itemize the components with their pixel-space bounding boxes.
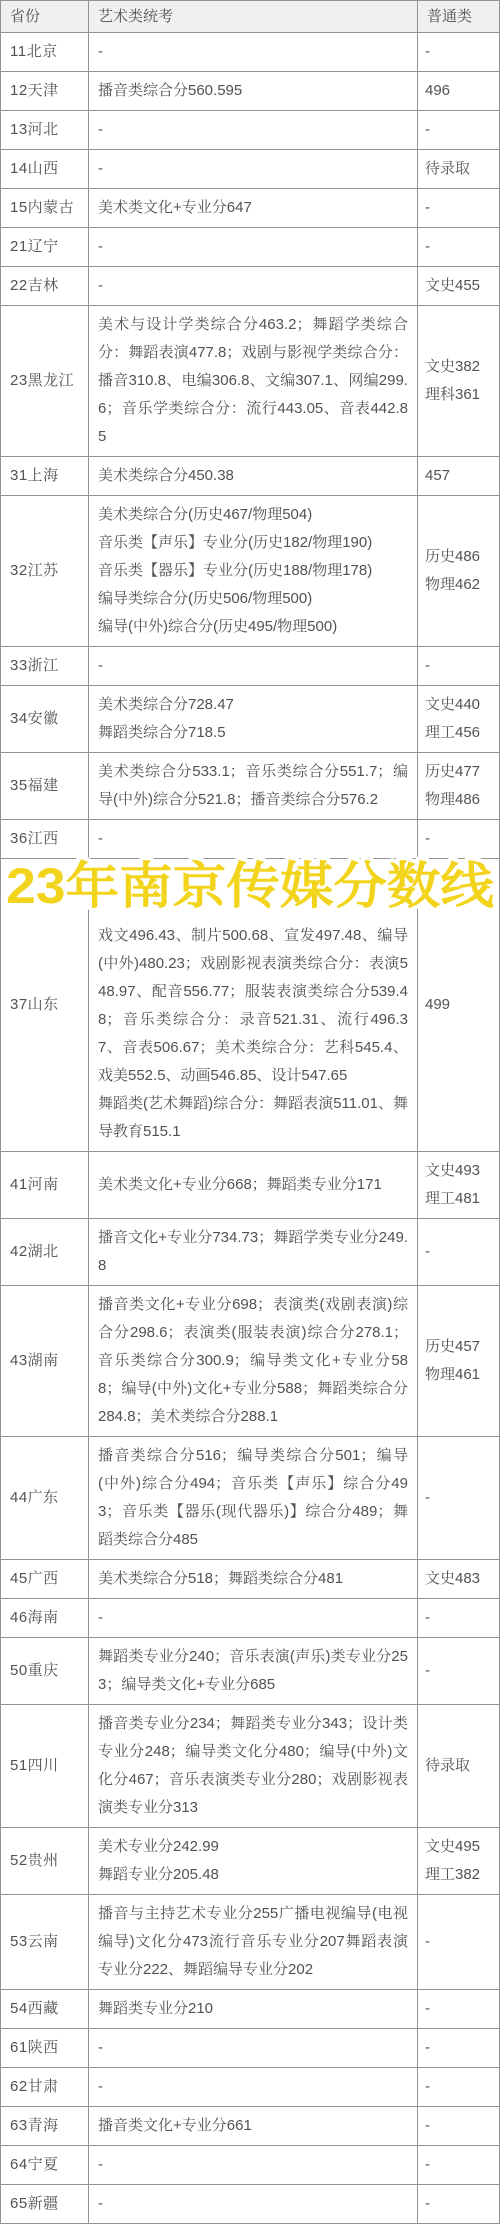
art-scores-cell: - — [89, 820, 418, 859]
art-scores-cell: 美术类综合分450.38 — [89, 457, 418, 496]
general-score-cell: 文史455 — [418, 267, 500, 306]
general-score-cell: 历史477物理486 — [418, 753, 500, 820]
general-score-cell: 文史382理科361 — [418, 306, 500, 457]
general-score-line: - — [425, 1238, 492, 1266]
table-row: 23黑龙江美术与设计学类综合分463.2；舞蹈学类综合分：舞蹈表演477.8；戏… — [1, 306, 500, 457]
art-scores-cell: 播音文化+专业分734.73；舞蹈学类专业分249.8 — [89, 1219, 418, 1286]
general-score-line: 496 — [425, 77, 492, 105]
general-score-line: - — [425, 2190, 492, 2218]
general-score-line: 文史455 — [425, 272, 492, 300]
table-row: 41河南美术类文化+专业分668；舞蹈类专业分171文史493理工481 — [1, 1152, 500, 1219]
table-row: 35福建美术类综合分533.1；音乐类综合分551.7；编导(中外)综合分521… — [1, 753, 500, 820]
art-score-line: 美术类综合分518；舞蹈类综合分481 — [98, 1565, 408, 1593]
art-scores-cell: 美术类综合分533.1；音乐类综合分551.7；编导(中外)综合分521.8；播… — [89, 753, 418, 820]
general-score-line: 待录取 — [425, 1752, 492, 1780]
province-cell: 23黑龙江 — [1, 306, 89, 457]
general-score-line: 文史495 — [425, 1833, 492, 1861]
table-row: 34安徽美术类综合分728.47舞蹈类综合分718.5文史440理工456 — [1, 686, 500, 753]
general-score-line: - — [425, 2073, 492, 2101]
general-score-cell: - — [418, 33, 500, 72]
table-row: 51四川播音类专业分234；舞蹈类专业分343；设计类专业分248；编导类文化分… — [1, 1705, 500, 1828]
art-scores-cell: - — [89, 267, 418, 306]
art-scores-cell: - — [89, 33, 418, 72]
art-score-line: 舞蹈类(艺术舞蹈)综合分：舞蹈表演511.01、舞导教育515.1 — [98, 1090, 408, 1146]
province-cell: 35福建 — [1, 753, 89, 820]
general-score-cell: 历史486物理462 — [418, 496, 500, 647]
general-score-line: - — [425, 1657, 492, 1685]
table-row: 63青海播音类文化+专业分661- — [1, 2107, 500, 2146]
art-scores-cell: - — [89, 150, 418, 189]
admission-score-table: 省份 艺术类统考 普通类 11北京--12天津播音类综合分560.5954961… — [0, 0, 500, 2224]
table-row: 43湖南播音类文化+专业分698；表演类(戏剧表演)综合分298.6；表演类(服… — [1, 1286, 500, 1437]
header-art-exam: 艺术类统考 — [89, 1, 418, 33]
art-score-line: 播音类文化+专业分661 — [98, 2112, 408, 2140]
art-scores-cell: 播音类综合分560.595 — [89, 72, 418, 111]
general-score-line: - — [425, 2151, 492, 2179]
art-score-line: 播音类综合分516；编导类综合分501；编导(中外)综合分494；音乐类【声乐】… — [98, 1442, 408, 1554]
province-cell: 64宁夏 — [1, 2146, 89, 2185]
province-cell: 45广西 — [1, 1560, 89, 1599]
art-score-line: 播音与主持艺术专业分255广播电视编导(电视编导)文化分473流行音乐专业分20… — [98, 1900, 408, 1984]
province-cell: 21辽宁 — [1, 228, 89, 267]
general-score-cell: - — [418, 2068, 500, 2107]
general-score-line: 文史493 — [425, 1157, 492, 1185]
general-score-line: - — [425, 233, 492, 261]
art-score-line: 美术专业分242.99 — [98, 1833, 408, 1861]
general-score-cell: 文史440理工456 — [418, 686, 500, 753]
art-score-line: - — [98, 2190, 408, 2218]
art-score-line: 舞蹈类综合分718.5 — [98, 719, 408, 747]
general-score-line: 历史457 — [425, 1333, 492, 1361]
table-row: 45广西美术类综合分518；舞蹈类综合分481文史483 — [1, 1560, 500, 1599]
general-score-cell: - — [418, 820, 500, 859]
art-score-line: 戏文496.43、制片500.68、宣发497.48、编导(中外)480.23；… — [98, 922, 408, 1090]
art-scores-cell: 美术与设计学类综合分463.2；舞蹈学类综合分：舞蹈表演477.8；戏剧与影视学… — [89, 306, 418, 457]
general-score-line: - — [425, 1995, 492, 2023]
province-cell: 50重庆 — [1, 1638, 89, 1705]
province-cell: 15内蒙古 — [1, 189, 89, 228]
general-score-cell: - — [418, 1895, 500, 1990]
art-score-line: - — [98, 2034, 408, 2062]
art-scores-cell: 美术类文化+专业分647 — [89, 189, 418, 228]
province-cell: 53云南 — [1, 1895, 89, 1990]
table-row: 33浙江-- — [1, 647, 500, 686]
art-score-line: 美术类综合分728.47 — [98, 691, 408, 719]
general-score-cell: 457 — [418, 457, 500, 496]
province-cell: 12天津 — [1, 72, 89, 111]
art-scores-cell: - — [89, 647, 418, 686]
province-cell: 31上海 — [1, 457, 89, 496]
art-score-line: 编导(中外)综合分(历史495/物理500) — [98, 613, 408, 641]
general-score-cell: - — [418, 2185, 500, 2224]
province-cell: 44广东 — [1, 1437, 89, 1560]
art-score-line: 音乐类【器乐】专业分(历史188/物理178) — [98, 557, 408, 585]
art-scores-cell: 舞蹈类专业分240；音乐表演(声乐)类专业分253；编导类文化+专业分685 — [89, 1638, 418, 1705]
province-cell: 22吉林 — [1, 267, 89, 306]
art-scores-cell: 戏文496.43、制片500.68、宣发497.48、编导(中外)480.23；… — [89, 859, 418, 1152]
general-score-cell: - — [418, 111, 500, 150]
province-cell: 11北京 — [1, 33, 89, 72]
province-cell: 33浙江 — [1, 647, 89, 686]
general-score-cell: 待录取 — [418, 1705, 500, 1828]
province-cell: 43湖南 — [1, 1286, 89, 1437]
general-score-line: 物理486 — [425, 786, 492, 814]
general-score-cell: 499 — [418, 859, 500, 1152]
art-scores-cell: - — [89, 1599, 418, 1638]
general-score-line: 物理462 — [425, 571, 492, 599]
art-scores-cell: 播音类文化+专业分661 — [89, 2107, 418, 2146]
table-row: 46海南-- — [1, 1599, 500, 1638]
art-score-line: - — [98, 155, 408, 183]
art-score-line: - — [98, 38, 408, 66]
general-score-cell: - — [418, 2029, 500, 2068]
general-score-cell: 历史457物理461 — [418, 1286, 500, 1437]
table-row: 21辽宁-- — [1, 228, 500, 267]
table-row: 14山西-待录取 — [1, 150, 500, 189]
table-row: 65新疆-- — [1, 2185, 500, 2224]
table-row: 15内蒙古美术类文化+专业分647- — [1, 189, 500, 228]
general-score-cell: - — [418, 189, 500, 228]
province-cell: 54西藏 — [1, 1990, 89, 2029]
table-row: 54西藏舞蹈类专业分210- — [1, 1990, 500, 2029]
art-score-line: - — [98, 116, 408, 144]
province-cell: 42湖北 — [1, 1219, 89, 1286]
table-row: 11北京-- — [1, 33, 500, 72]
art-scores-cell: - — [89, 2029, 418, 2068]
province-cell: 63青海 — [1, 2107, 89, 2146]
art-score-line: 美术类综合分450.38 — [98, 462, 408, 490]
province-cell: 51四川 — [1, 1705, 89, 1828]
art-scores-cell: 播音类专业分234；舞蹈类专业分343；设计类专业分248；编导类文化分480；… — [89, 1705, 418, 1828]
art-score-line: - — [98, 2151, 408, 2179]
general-score-line: - — [425, 1604, 492, 1632]
art-score-line: 舞蹈类专业分240；音乐表演(声乐)类专业分253；编导类文化+专业分685 — [98, 1643, 408, 1699]
general-score-cell: 文史493理工481 — [418, 1152, 500, 1219]
general-score-line: 499 — [425, 991, 492, 1019]
art-score-line: 舞蹈类专业分210 — [98, 1995, 408, 2023]
table-row: 31上海美术类综合分450.38457 — [1, 457, 500, 496]
art-score-line: 编导类综合分(历史506/物理500) — [98, 585, 408, 613]
general-score-line: - — [425, 2034, 492, 2062]
general-score-cell: - — [418, 1437, 500, 1560]
province-cell: 14山西 — [1, 150, 89, 189]
general-score-line: 文史483 — [425, 1565, 492, 1593]
art-score-line: - — [98, 233, 408, 261]
general-score-line: 历史486 — [425, 543, 492, 571]
art-score-line: 播音类综合分560.595 — [98, 77, 408, 105]
art-scores-cell: 播音类文化+专业分698；表演类(戏剧表演)综合分298.6；表演类(服装表演)… — [89, 1286, 418, 1437]
table-header-row: 省份 艺术类统考 普通类 — [1, 1, 500, 33]
general-score-line: 理工481 — [425, 1185, 492, 1213]
art-scores-cell: 美术类综合分728.47舞蹈类综合分718.5 — [89, 686, 418, 753]
art-score-line: - — [98, 272, 408, 300]
art-scores-cell: 美术类综合分518；舞蹈类综合分481 — [89, 1560, 418, 1599]
art-score-line: 美术类综合分(历史467/物理504) — [98, 501, 408, 529]
general-score-line: 理工456 — [425, 719, 492, 747]
table-row: 61陕西-- — [1, 2029, 500, 2068]
art-score-line: 美术类文化+专业分668；舞蹈类专业分171 — [98, 1171, 408, 1199]
general-score-cell: - — [418, 2107, 500, 2146]
art-score-line: 美术类文化+专业分647 — [98, 194, 408, 222]
table-row: 64宁夏-- — [1, 2146, 500, 2185]
province-cell: 52贵州 — [1, 1828, 89, 1895]
header-general: 普通类 — [418, 1, 500, 33]
table-row: 42湖北播音文化+专业分734.73；舞蹈学类专业分249.8- — [1, 1219, 500, 1286]
table-row: 22吉林-文史455 — [1, 267, 500, 306]
general-score-cell: - — [418, 1219, 500, 1286]
general-score-line: 理科361 — [425, 381, 492, 409]
general-score-line: 文史440 — [425, 691, 492, 719]
province-cell: 41河南 — [1, 1152, 89, 1219]
general-score-line: - — [425, 116, 492, 144]
art-score-line: 舞蹈专业分205.48 — [98, 1861, 408, 1889]
art-scores-cell: 美术类文化+专业分668；舞蹈类专业分171 — [89, 1152, 418, 1219]
general-score-cell: - — [418, 2146, 500, 2185]
general-score-cell: - — [418, 647, 500, 686]
general-score-line: - — [425, 825, 492, 853]
art-scores-cell: - — [89, 2068, 418, 2107]
general-score-line: 理工382 — [425, 1861, 492, 1889]
art-score-line: 播音文化+专业分734.73；舞蹈学类专业分249.8 — [98, 1224, 408, 1280]
general-score-line: 待录取 — [425, 155, 492, 183]
art-score-line: 播音类文化+专业分698；表演类(戏剧表演)综合分298.6；表演类(服装表演)… — [98, 1291, 408, 1431]
province-cell: 65新疆 — [1, 2185, 89, 2224]
table-row: 13河北-- — [1, 111, 500, 150]
art-scores-cell: 播音与主持艺术专业分255广播电视编导(电视编导)文化分473流行音乐专业分20… — [89, 1895, 418, 1990]
art-scores-cell: - — [89, 2146, 418, 2185]
general-score-cell: 待录取 — [418, 150, 500, 189]
province-cell: 46海南 — [1, 1599, 89, 1638]
art-scores-cell: 美术类综合分(历史467/物理504)音乐类【声乐】专业分(历史182/物理19… — [89, 496, 418, 647]
general-score-cell: - — [418, 1638, 500, 1705]
art-scores-cell: 舞蹈类专业分210 — [89, 1990, 418, 2029]
art-score-line: - — [98, 2073, 408, 2101]
province-cell: 36江西 — [1, 820, 89, 859]
table-row: 53云南播音与主持艺术专业分255广播电视编导(电视编导)文化分473流行音乐专… — [1, 1895, 500, 1990]
table-row: 62甘肃-- — [1, 2068, 500, 2107]
table-body: 11北京--12天津播音类综合分560.59549613河北--14山西-待录取… — [1, 33, 500, 2224]
art-scores-cell: - — [89, 228, 418, 267]
province-cell: 34安徽 — [1, 686, 89, 753]
general-score-line: 457 — [425, 462, 492, 490]
art-scores-cell: 美术专业分242.99舞蹈专业分205.48 — [89, 1828, 418, 1895]
general-score-line: - — [425, 652, 492, 680]
art-score-line: - — [98, 825, 408, 853]
general-score-line: - — [425, 1928, 492, 1956]
art-score-line: 播音类专业分234；舞蹈类专业分343；设计类专业分248；编导类文化分480；… — [98, 1710, 408, 1822]
table-row: 50重庆舞蹈类专业分240；音乐表演(声乐)类专业分253；编导类文化+专业分6… — [1, 1638, 500, 1705]
general-score-line: - — [425, 1484, 492, 1512]
general-score-line: - — [425, 38, 492, 66]
art-score-line: 美术类综合分533.1；音乐类综合分551.7；编导(中外)综合分521.8；播… — [98, 758, 408, 814]
province-cell: 61陕西 — [1, 2029, 89, 2068]
art-score-line: - — [98, 652, 408, 680]
table-row: 36江西-- — [1, 820, 500, 859]
general-score-line: - — [425, 194, 492, 222]
general-score-line: 物理461 — [425, 1361, 492, 1389]
header-province: 省份 — [1, 1, 89, 33]
table-row: 32江苏美术类综合分(历史467/物理504)音乐类【声乐】专业分(历史182/… — [1, 496, 500, 647]
table-row: 52贵州美术专业分242.99舞蹈专业分205.48文史495理工382 — [1, 1828, 500, 1895]
general-score-cell: - — [418, 1599, 500, 1638]
table-row: 44广东播音类综合分516；编导类综合分501；编导(中外)综合分494；音乐类… — [1, 1437, 500, 1560]
table-row: 12天津播音类综合分560.595496 — [1, 72, 500, 111]
text-hidden-behind-banner — [98, 864, 408, 922]
table-row: 37山东戏文496.43、制片500.68、宣发497.48、编导(中外)480… — [1, 859, 500, 1152]
general-score-cell: 496 — [418, 72, 500, 111]
art-scores-cell: - — [89, 2185, 418, 2224]
general-score-cell: - — [418, 1990, 500, 2029]
general-score-line: 历史477 — [425, 758, 492, 786]
province-cell: 37山东 — [1, 859, 89, 1152]
general-score-cell: 文史495理工382 — [418, 1828, 500, 1895]
general-score-line: 文史382 — [425, 353, 492, 381]
general-score-cell: - — [418, 228, 500, 267]
province-cell: 62甘肃 — [1, 2068, 89, 2107]
art-scores-cell: 播音类综合分516；编导类综合分501；编导(中外)综合分494；音乐类【声乐】… — [89, 1437, 418, 1560]
general-score-cell: 文史483 — [418, 1560, 500, 1599]
general-score-line: - — [425, 2112, 492, 2140]
art-score-line: - — [98, 1604, 408, 1632]
art-score-line: 美术与设计学类综合分463.2；舞蹈学类综合分：舞蹈表演477.8；戏剧与影视学… — [98, 311, 408, 451]
art-scores-cell: - — [89, 111, 418, 150]
province-cell: 32江苏 — [1, 496, 89, 647]
province-cell: 13河北 — [1, 111, 89, 150]
art-score-line: 音乐类【声乐】专业分(历史182/物理190) — [98, 529, 408, 557]
